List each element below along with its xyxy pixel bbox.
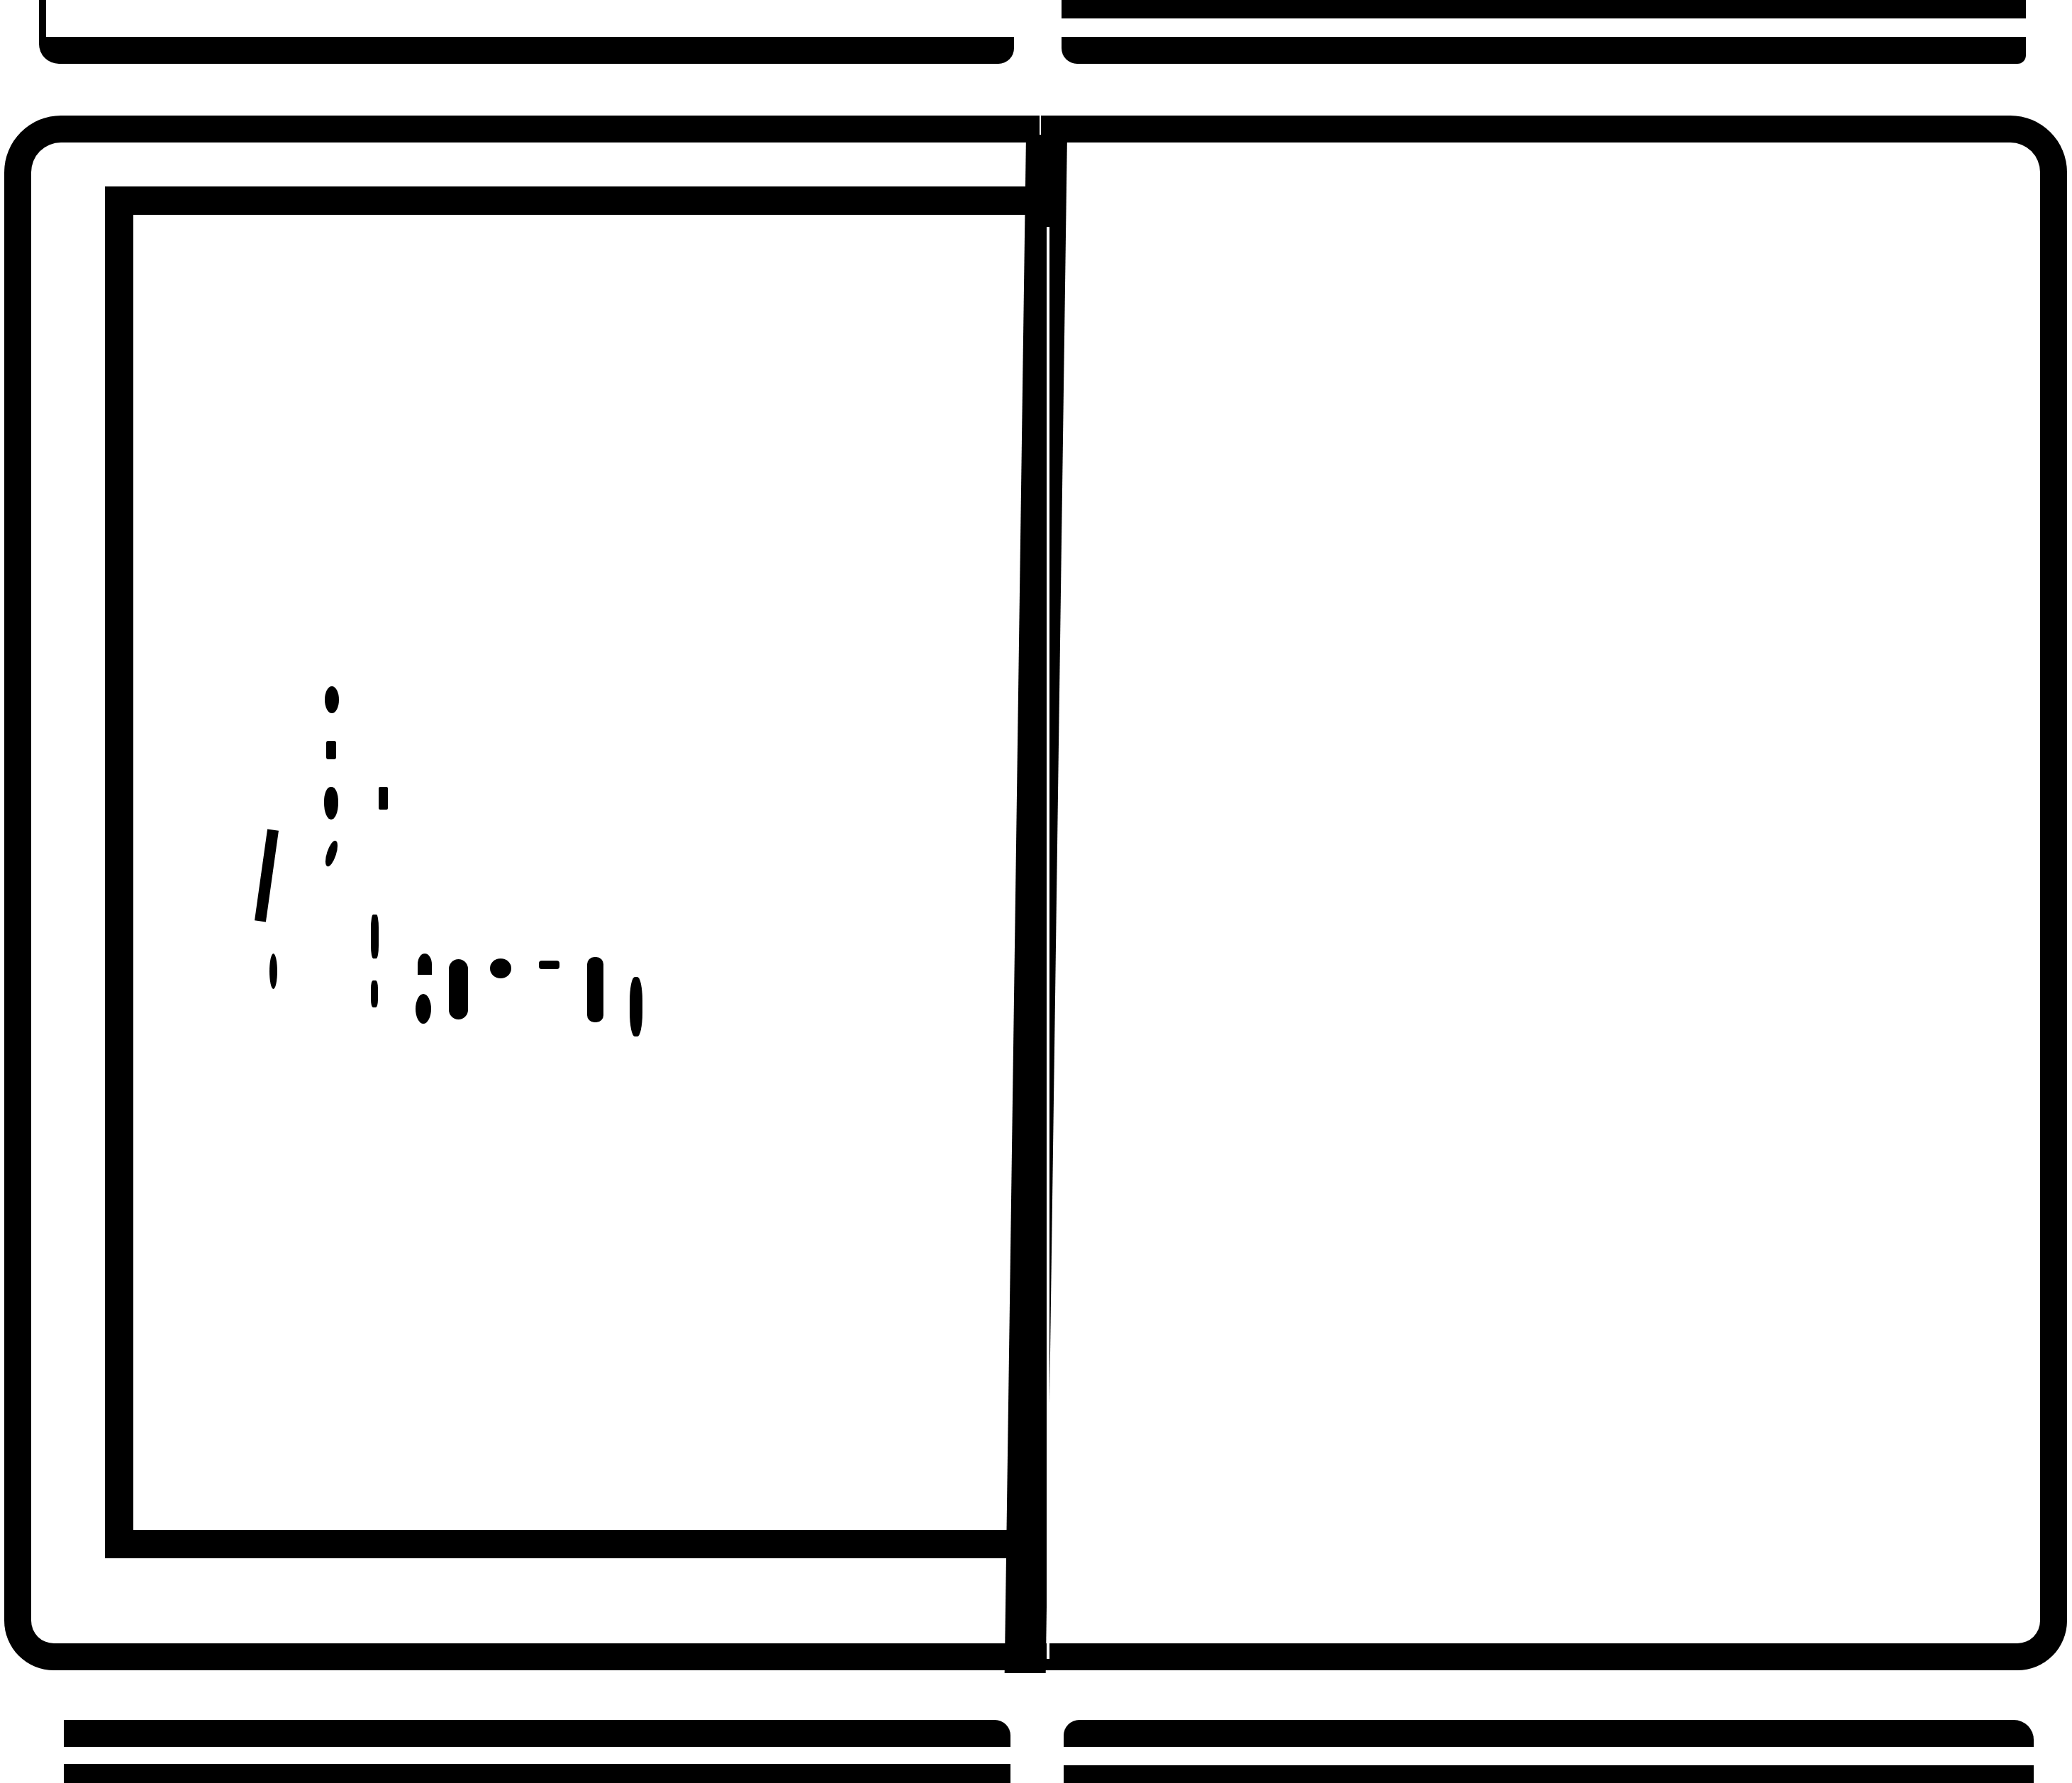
meeting-rail-highlight [1047, 227, 1049, 1659]
adjacent-window-bottom-left-frame [64, 1720, 1010, 1783]
adjacent-window-top-left-frame [39, 0, 1014, 64]
window-photo [0, 0, 2072, 1783]
right-sash-outer-frame [1041, 116, 2067, 1670]
adjacent-window-bottom-right-frame [1064, 1720, 2034, 1783]
left-pane-inner-frame [105, 186, 1048, 1558]
adjacent-window-top-right-frame [1062, 0, 2026, 64]
